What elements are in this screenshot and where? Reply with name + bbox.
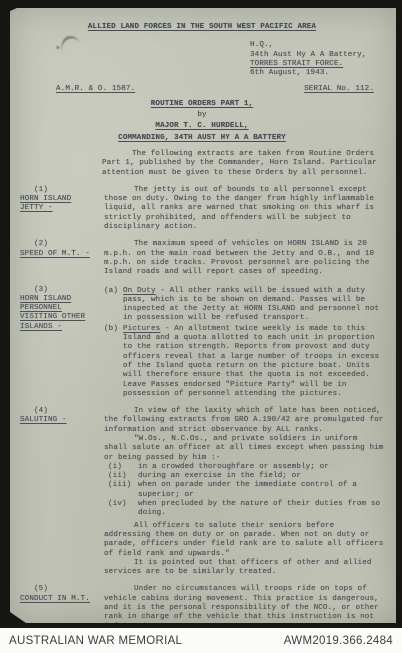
section-conduct-in-mt: (5) CONDUCT IN M.T. Under no circumstanc…	[18, 585, 386, 631]
address-line: 6th August, 1943.	[250, 69, 386, 78]
section-number: (5)	[20, 585, 104, 594]
section-number: (3)	[20, 286, 104, 295]
section-heading-line: SALUTING -	[20, 416, 104, 425]
list-item: (iii) when on parade under the immediate…	[106, 481, 384, 500]
paragraph: All officers to salute their seniors bef…	[104, 522, 384, 559]
list-item: (iv) when precluded by the nature of the…	[106, 500, 384, 519]
title-block: ROUTINE ORDERS PART 1, by MAJOR T. C. HU…	[18, 100, 386, 143]
list-item: (i) in a crowded thoroughfare or assembl…	[106, 463, 384, 472]
section-saluting: (4) SALUTING - In view of the laxity whi…	[18, 407, 386, 577]
section-label: (1) HORN ISLAND JETTY -	[18, 186, 104, 232]
section-horn-island-jetty: (1) HORN ISLAND JETTY - The jetty is out…	[18, 186, 386, 232]
awm-footer-institution: AUSTRALIAN WAR MEMORIAL	[9, 635, 182, 647]
awm-footer-accession-number: AWM2019.366.2484	[284, 635, 393, 647]
item-text: when precluded by the nature of their du…	[138, 500, 384, 519]
section-body: The maximum speed of vehicles on HORN IS…	[104, 240, 386, 277]
section-body: Under no circumstances will troops ride …	[104, 585, 386, 631]
section-heading-line: CONDUCT IN M.T.	[20, 595, 104, 604]
section-number: (1)	[20, 186, 104, 195]
list-item: (a) On Duty - All other ranks will be is…	[104, 287, 384, 324]
item-text: On Duty - All other ranks will be issued…	[123, 287, 384, 324]
section-speed-of-mt: (2) SPEED OF M.T. - The maximum speed of…	[18, 240, 386, 277]
section-label: (2) SPEED OF M.T. -	[18, 240, 104, 277]
address-line: H.Q.,	[250, 41, 386, 50]
section-body: The jetty is out of bounds to all person…	[104, 186, 386, 232]
section-body: In view of the laxity which of late has …	[104, 407, 386, 577]
item-body: - All other ranks will be issued with a …	[123, 287, 379, 323]
section-heading-line: SPEED OF M.T. -	[20, 250, 104, 259]
document-content: ALLIED LAND FORCES IN THE SOUTH WEST PAC…	[10, 8, 396, 632]
title-author: MAJOR T. C. HURDELL,	[18, 122, 386, 131]
serial-number: SERIAL No. 112.	[304, 85, 374, 94]
section-heading-line: JETTY -	[20, 204, 104, 213]
paragraph: Under no circumstances will troops ride …	[104, 585, 384, 631]
document-main-heading: ALLIED LAND FORCES IN THE SOUTH WEST PAC…	[18, 23, 386, 32]
saluting-exceptions-list: (i) in a crowded thoroughfare or assembl…	[106, 463, 384, 519]
item-marker: (iii)	[106, 481, 138, 500]
item-marker: (b)	[104, 325, 123, 399]
item-text: when on parade under the immediate contr…	[138, 481, 384, 500]
item-marker: (iv)	[106, 500, 138, 519]
item-marker: (i)	[106, 463, 138, 472]
awm-footer: AUSTRALIAN WAR MEMORIAL AWM2019.366.2484	[0, 628, 402, 653]
section-label: (4) SALUTING -	[18, 407, 104, 577]
reference-row: A.M.R. & O. 1587. SERIAL No. 112.	[18, 85, 386, 94]
title-role: COMMANDING, 34TH AUST HY A A BATTERY	[18, 134, 386, 143]
item-text: Pictures - An allotment twice weekly is …	[123, 325, 384, 399]
intro-paragraph: The following extracts are taken from Ro…	[102, 150, 384, 178]
section-heading-line: ISLANDS -	[20, 323, 104, 332]
section-label: (3) HORN ISLAND PERSONNEL VISITING OTHER…	[18, 286, 104, 400]
address-block: H.Q., 34th Aust Hy A A Battery, TORRES S…	[250, 41, 386, 78]
list-item: (b) Pictures - An allotment twice weekly…	[104, 325, 384, 399]
paragraph: The jetty is out of bounds to all person…	[104, 186, 384, 232]
section-heading-line: HORN ISLAND	[20, 295, 104, 304]
address-line: 34th Aust Hy A A Battery,	[250, 51, 386, 60]
section-label: (5) CONDUCT IN M.T.	[18, 585, 104, 631]
section-body: (a) On Duty - All other ranks will be is…	[104, 286, 386, 400]
scanned-document-page: ALLIED LAND FORCES IN THE SOUTH WEST PAC…	[10, 8, 396, 623]
section-personnel-visiting-other-islands: (3) HORN ISLAND PERSONNEL VISITING OTHER…	[18, 286, 386, 400]
paragraph: "W.Os., N.C.Os., and private soldiers in…	[104, 435, 384, 463]
section-number: (4)	[20, 407, 104, 416]
section-number: (2)	[20, 240, 104, 249]
paragraph: It is pointed out that officers of other…	[104, 559, 384, 578]
address-line: TORRES STRAIT FORCE.	[250, 60, 386, 69]
reference-left: A.M.R. & O. 1587.	[56, 85, 135, 94]
item-term: Pictures	[123, 325, 160, 333]
item-body: - An allotment twice weekly is made to t…	[123, 325, 379, 398]
item-marker: (a)	[104, 287, 123, 324]
title-by: by	[18, 111, 386, 120]
paragraph: In view of the laxity which of late has …	[104, 407, 384, 435]
document-title: ROUTINE ORDERS PART 1,	[18, 100, 386, 109]
item-text: in a crowded thoroughfare or assembly; o…	[138, 463, 384, 472]
section-heading-line: VISITING OTHER	[20, 313, 104, 322]
ink-smudge	[56, 46, 60, 49]
paragraph: The maximum speed of vehicles on HORN IS…	[104, 240, 384, 277]
item-term: On Duty	[123, 287, 156, 295]
